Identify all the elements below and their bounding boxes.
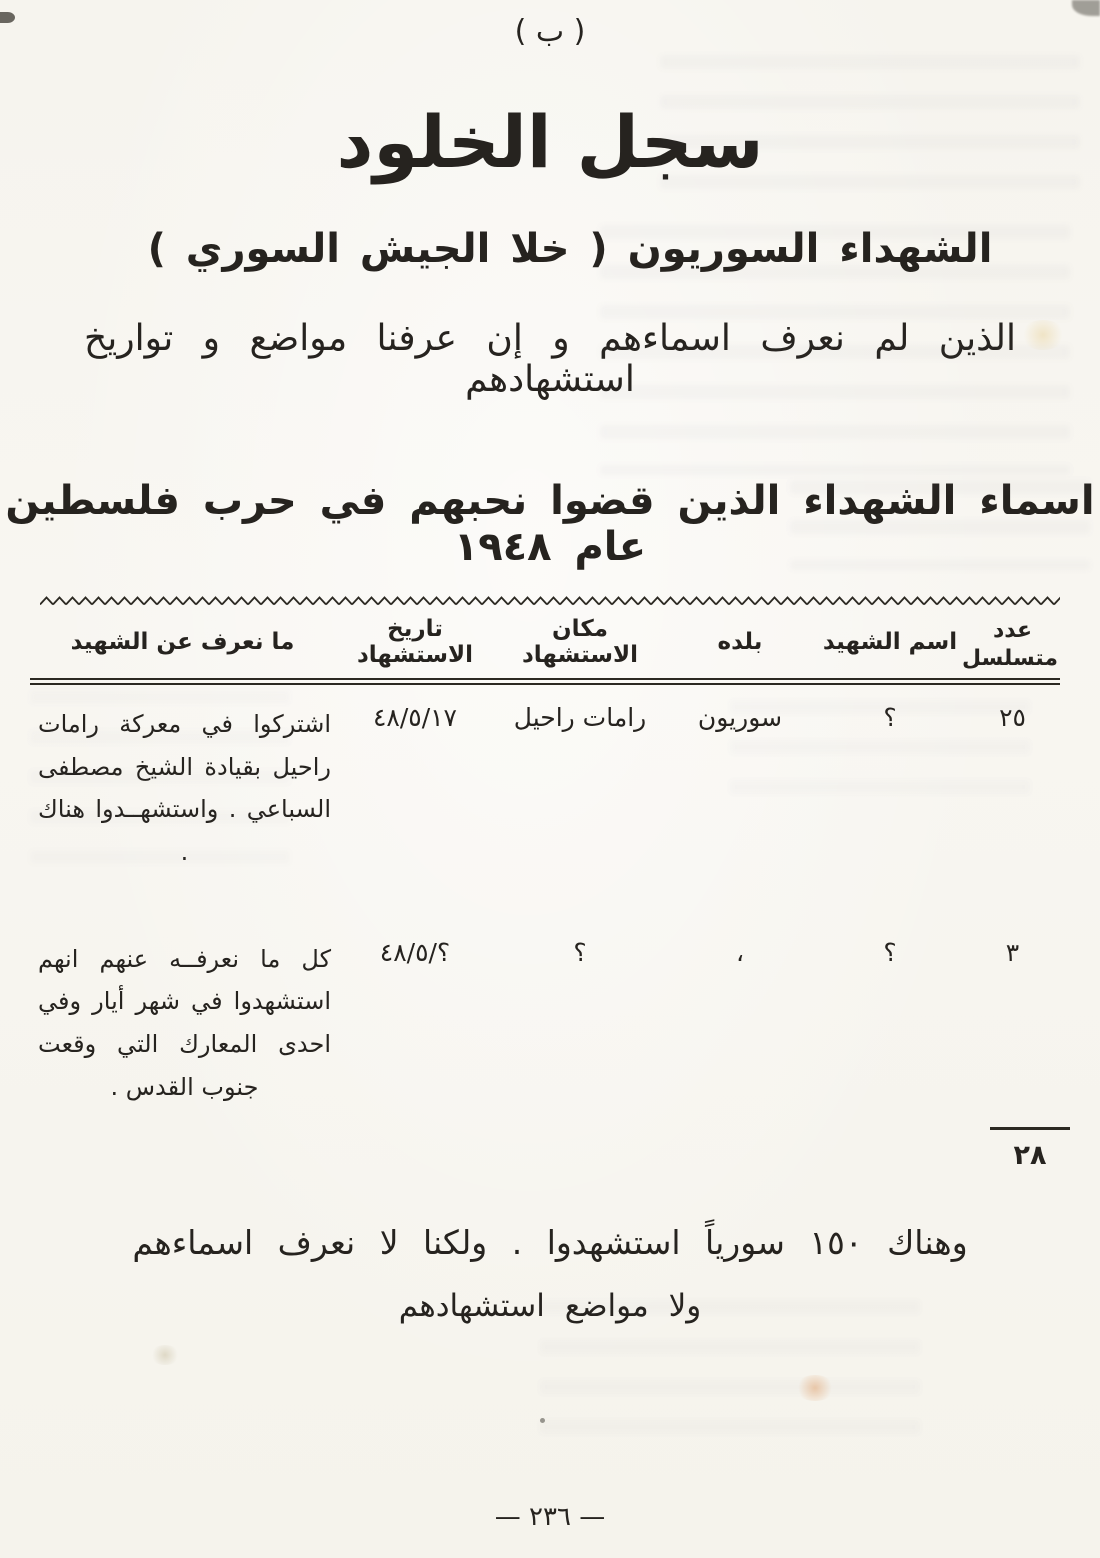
cell-about: اشتركوا في معركة رامات راحيل بقيادة الشي… bbox=[30, 681, 335, 919]
header-martyrdom-place: مكان الاستشهاد bbox=[495, 610, 665, 682]
header-known-about: ما نعرف عن الشهيد bbox=[30, 610, 335, 682]
scanned-book-page: ( ب ) سجل الخلود الشهداء السوريون ( خلا … bbox=[0, 0, 1100, 1558]
martyrs-table: عدد متسلسل اسم الشهيد بلده مكان الاستشها… bbox=[30, 610, 1060, 1121]
sum-rule bbox=[990, 1127, 1070, 1134]
cell-date: ٤٨/٥/؟ bbox=[335, 920, 495, 1121]
paper-stain bbox=[150, 1345, 180, 1365]
cell-place: ؟ bbox=[495, 920, 665, 1121]
cell-place: رامات راحيل bbox=[495, 681, 665, 919]
cell-name: ؟ bbox=[815, 681, 965, 919]
section-marker: ( ب ) bbox=[0, 0, 1100, 49]
header-martyrdom-date: تاريخ الاستشهاد bbox=[335, 610, 495, 682]
closing-note: وهناك ١٥٠ سورياً استشهدوا . ولكنا لا نعر… bbox=[0, 1223, 1100, 1324]
zigzag-divider bbox=[40, 596, 1060, 606]
cell-town: سوريون bbox=[665, 681, 815, 919]
cell-about: كل ما نعرفــه عنهم انهم استشهدوا في شهر … bbox=[30, 920, 335, 1121]
subtitle: الشهداء السوريون ( خلا الجيش السوري ) bbox=[20, 226, 1100, 272]
page-title: سجل الخلود bbox=[0, 101, 1100, 184]
closing-note-line1: وهناك ١٥٠ سورياً استشهدوا . ولكنا لا نعر… bbox=[0, 1223, 1100, 1262]
table-header-row: عدد متسلسل اسم الشهيد بلده مكان الاستشها… bbox=[30, 610, 1060, 682]
header-serial-line2: متسلسل bbox=[962, 646, 1058, 671]
cell-town: ، bbox=[665, 920, 815, 1121]
table-row: ٣ ؟ ، ؟ ٤٨/٥/؟ كل ما نعرفــه عنهم انهم ا… bbox=[30, 920, 1060, 1121]
header-martyr-name: اسم الشهيد bbox=[815, 610, 965, 682]
cell-serial: ٢٥ bbox=[965, 681, 1060, 919]
total-count: ٢٨ bbox=[990, 1134, 1070, 1171]
table-row: ٢٥ ؟ سوريون رامات راحيل ٤٨/٥/١٧ اشتركوا … bbox=[30, 681, 1060, 919]
list-heading: اسماء الشهداء الذين قضوا نحبهم في حرب فل… bbox=[0, 478, 1100, 570]
header-serial-line1: عدد bbox=[993, 618, 1032, 643]
cell-name: ؟ bbox=[815, 920, 965, 1121]
serial-total: ٢٨ bbox=[990, 1127, 1070, 1171]
subtitle-note: الذين لم نعرف اسماءهم و إن عرفنا مواضع و… bbox=[0, 318, 1100, 400]
header-town: بلده bbox=[665, 610, 815, 682]
cell-serial: ٣ bbox=[965, 920, 1060, 1121]
scan-speck bbox=[540, 1418, 545, 1423]
header-serial-number: عدد متسلسل bbox=[965, 610, 1060, 682]
closing-note-line2: ولا مواضع استشهادهم bbox=[0, 1288, 1100, 1324]
paper-stain bbox=[795, 1375, 835, 1401]
date-value: ٤٨/٥/١٧ bbox=[373, 703, 457, 732]
page-number: — ٢٣٦ — bbox=[0, 1502, 1100, 1532]
date-value: ٤٨/٥/؟ bbox=[380, 938, 450, 967]
cell-date: ٤٨/٥/١٧ bbox=[335, 681, 495, 919]
